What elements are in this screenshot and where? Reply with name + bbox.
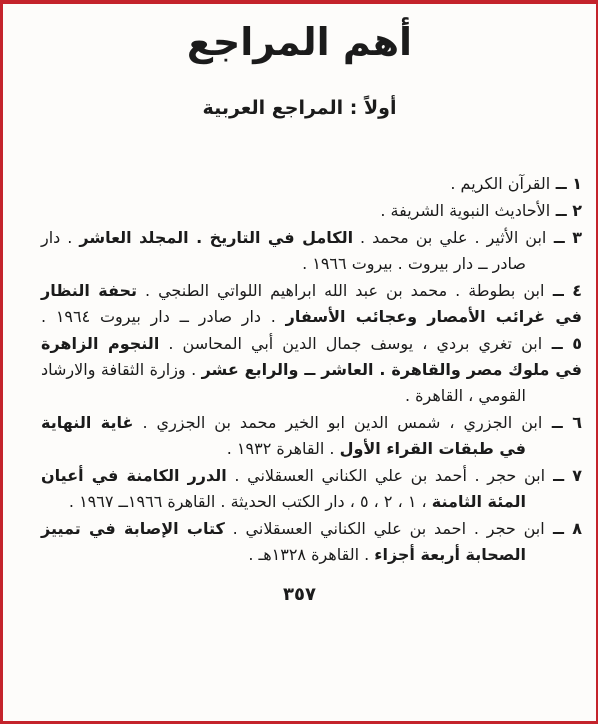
reference-line: في غرائب الأمصار وعجائب الأسفار . دار صا… <box>41 304 582 330</box>
reference-number: ٦ ــ <box>542 413 582 432</box>
references-list: ١ ــ القرآن الكريم .٢ ــ الأحاديث النبوي… <box>41 171 582 568</box>
reference-book-title: غاية النهاية <box>41 413 133 432</box>
reference-number: ٤ ــ <box>544 281 582 300</box>
reference-line: ١ ــ القرآن الكريم . <box>41 171 582 197</box>
reference-book-title: المئة الثامنة <box>432 492 526 511</box>
reference-number: ٨ ــ <box>545 519 582 538</box>
reference-text: . وزارة الثقافة والارشاد <box>41 360 202 379</box>
reference-line: ٥ ــ ابن تغري بردي ، يوسف جمال الدين أبي… <box>41 331 582 357</box>
reference-text: الأحاديث النبوية الشريفة . <box>380 201 550 220</box>
reference-text: ابن حجر . احمد بن علي الكناني العسقلاني … <box>225 519 545 538</box>
reference-line: القومي ، القاهرة . <box>41 383 582 409</box>
reference-line: صادر ــ دار بيروت . بيروت ١٩٦٦ . <box>41 251 582 277</box>
reference-text: . القاهرة ١٣٢٨هـ . <box>248 545 374 564</box>
reference-line: في طبقات القراء الأول . القاهرة ١٩٣٢ . <box>41 436 582 462</box>
reference-line: في ملوك مصر والقاهرة . العاشر ــ والرابع… <box>41 357 582 383</box>
reference-text: ابن الجزري ، شمس الدين ابو الخير محمد بن… <box>133 413 542 432</box>
reference-text: ابن حجر . أحمد بن علي الكناني العسقلاني … <box>227 466 545 485</box>
reference-text: القرآن الكريم . <box>450 174 550 193</box>
reference-line: ٣ ــ ابن الأثير . علي بن محمد . الكامل ف… <box>41 225 582 251</box>
reference-text: . دار <box>41 228 79 247</box>
reference-line: الصحابة أربعة أجزاء . القاهرة ١٣٢٨هـ . <box>41 542 582 568</box>
reference-book-title: تحفة النظار <box>41 281 137 300</box>
reference-book-title: في غرائب الأمصار وعجائب الأسفار <box>286 307 582 326</box>
reference-text: صادر ــ دار بيروت . بيروت ١٩٦٦ . <box>302 254 526 273</box>
reference-text: ابن بطوطة . محمد بن عبد الله ابراهيم الل… <box>137 281 544 300</box>
section-heading: أولاً : المراجع العربية <box>3 97 596 119</box>
reference-line: ٢ ــ الأحاديث النبوية الشريفة . <box>41 198 582 224</box>
reference-entry: ٦ ــ ابن الجزري ، شمس الدين ابو الخير مح… <box>41 410 582 462</box>
reference-line: ٧ ــ ابن حجر . أحمد بن علي الكناني العسق… <box>41 463 582 489</box>
reference-book-title: الكامل في التاريخ . المجلد العاشر <box>79 228 353 247</box>
reference-book-title: في ملوك مصر والقاهرة . العاشر ــ والرابع… <box>202 360 582 379</box>
page-title: أهم المراجع <box>3 18 596 67</box>
reference-entry: ٧ ــ ابن حجر . أحمد بن علي الكناني العسق… <box>41 463 582 515</box>
reference-line: ٤ ــ ابن بطوطة . محمد بن عبد الله ابراهي… <box>41 278 582 304</box>
reference-number: ٥ ــ <box>542 334 582 353</box>
reference-entry: ٥ ــ ابن تغري بردي ، يوسف جمال الدين أبي… <box>41 331 582 409</box>
reference-number: ١ ــ <box>550 174 582 193</box>
scanned-page: أهم المراجع أولاً : المراجع العربية ١ ــ… <box>0 0 598 724</box>
reference-book-title: الصحابة أربعة أجزاء <box>374 545 526 564</box>
reference-entry: ٢ ــ الأحاديث النبوية الشريفة . <box>41 198 582 224</box>
reference-entry: ٤ ــ ابن بطوطة . محمد بن عبد الله ابراهي… <box>41 278 582 330</box>
reference-text: ، ١ ، ٢ ، ٥ ، دار الكتب الحديثة . القاهر… <box>69 492 432 511</box>
reference-text: ابن تغري بردي ، يوسف جمال الدين أبي المح… <box>159 334 542 353</box>
reference-book-title: الدرر الكامنة في أعيان <box>41 466 227 485</box>
reference-line: المئة الثامنة ، ١ ، ٢ ، ٥ ، دار الكتب ال… <box>41 489 582 515</box>
reference-number: ٢ ــ <box>550 201 582 220</box>
reference-book-title: النجوم الزاهرة <box>41 334 159 353</box>
reference-number: ٣ ــ <box>546 228 582 247</box>
reference-text: ابن الأثير . علي بن محمد . <box>353 228 546 247</box>
reference-text: القومي ، القاهرة . <box>405 386 526 405</box>
page-number: ٣٥٧ <box>3 584 596 605</box>
reference-line: ٦ ــ ابن الجزري ، شمس الدين ابو الخير مح… <box>41 410 582 436</box>
reference-line: ٨ ــ ابن حجر . احمد بن علي الكناني العسق… <box>41 516 582 542</box>
reference-text: . دار صادر ــ دار بيروت ١٩٦٤ . <box>41 307 286 326</box>
reference-number: ٧ ــ <box>545 466 582 485</box>
reference-text: . القاهرة ١٩٣٢ . <box>227 439 340 458</box>
reference-entry: ١ ــ القرآن الكريم . <box>41 171 582 197</box>
reference-entry: ٨ ــ ابن حجر . احمد بن علي الكناني العسق… <box>41 516 582 568</box>
page-content: أهم المراجع أولاً : المراجع العربية ١ ــ… <box>3 18 596 605</box>
reference-book-title: في طبقات القراء الأول <box>340 439 526 458</box>
reference-entry: ٣ ــ ابن الأثير . علي بن محمد . الكامل ف… <box>41 225 582 277</box>
reference-book-title: كتاب الإصابة في تمييز <box>41 519 225 538</box>
